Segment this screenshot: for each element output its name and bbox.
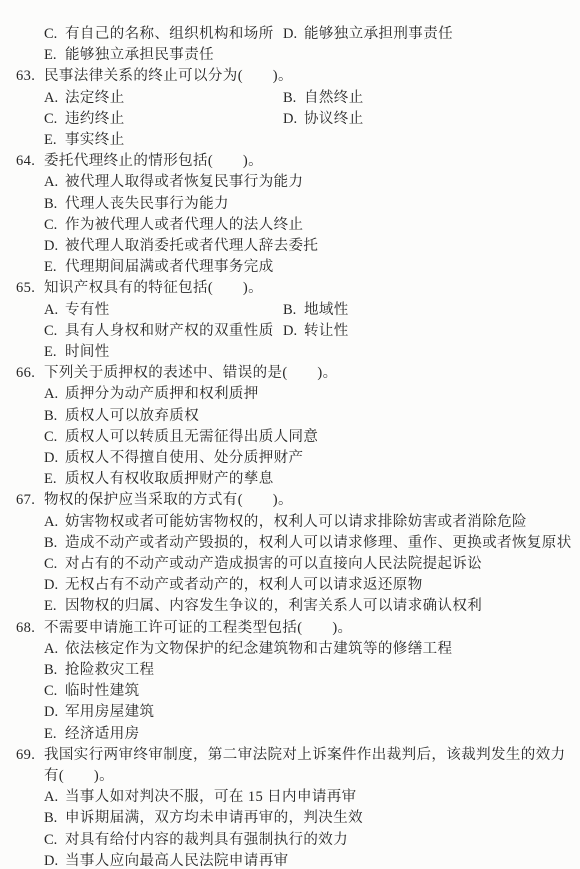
question-number: 68. <box>16 618 35 639</box>
option-row: A.专有性B.地域性 <box>0 300 580 321</box>
option-text: 当事人如对判决不服，可在 15 日内申请再审 <box>65 789 357 805</box>
option-row: E.质权人有权收取质押财产的孳息 <box>0 469 580 490</box>
option-text: 作为被代理人或者代理人的法人终止 <box>65 217 303 233</box>
option-label: B. <box>44 660 65 681</box>
option-label: C. <box>44 830 65 851</box>
option-label: E. <box>44 342 65 363</box>
answer-option: E.事实终止 <box>44 130 125 151</box>
option-text: 质权人可以转质且无需征得出质人同意 <box>65 429 318 445</box>
answer-option: D.质权人不得擅自使用、处分质押财产 <box>44 448 303 469</box>
option-label: E. <box>44 469 65 490</box>
answer-option: E.质权人有权收取质押财产的孳息 <box>44 469 274 490</box>
option-row: A.依法核定作为文物保护的纪念建筑物和古建筑等的修缮工程 <box>0 639 580 660</box>
question-number: 69. <box>16 745 35 766</box>
option-row: D.军用房屋建筑 <box>0 702 580 723</box>
answer-option: E.经济适用房 <box>44 724 140 745</box>
option-label: E. <box>44 130 65 151</box>
option-row: D.无权占有不动产或者动产的，权利人可以请求返还原物 <box>0 575 580 596</box>
answer-option: C.对具有给付内容的裁判具有强制执行的效力 <box>44 830 348 851</box>
question-stem: 我国实行两审终审制度，第二审法院对上诉案件作出裁判后，该裁判发生的效力 <box>44 745 566 766</box>
option-row: C.对占有的不动产或动产造成损害的可以直接向人民法院提起诉讼 <box>0 554 580 575</box>
question-row: 69.我国实行两审终审制度，第二审法院对上诉案件作出裁判后，该裁判发生的效力 <box>0 745 580 766</box>
option-row: D.质权人不得擅自使用、处分质押财产 <box>0 448 580 469</box>
option-label: E. <box>44 45 65 66</box>
option-label: B. <box>44 533 65 554</box>
option-label: A. <box>44 639 65 660</box>
option-label: C. <box>44 554 65 575</box>
question-stem: 民事法律关系的终止可以分为( )。 <box>44 66 293 87</box>
answer-option: B.抢险救灾工程 <box>44 660 154 681</box>
question-stem-continued: 有( )。 <box>44 766 114 787</box>
question-stem: 物权的保护应当采取的方式有( )。 <box>44 490 293 511</box>
answer-option: C.违约终止 <box>44 109 125 130</box>
question-number: 67. <box>16 490 35 511</box>
option-row: B.造成不动产或者动产毁损的，权利人可以请求修理、重作、更换或者恢复原状 <box>0 533 580 554</box>
option-text: 专有性 <box>65 302 110 318</box>
option-row: A.法定终止B.自然终止 <box>0 88 580 109</box>
question-number: 66. <box>16 363 35 384</box>
option-text: 质权人不得擅自使用、处分质押财产 <box>65 450 303 466</box>
option-row: E.事实终止 <box>0 130 580 151</box>
answer-option: C.临时性建筑 <box>44 681 140 702</box>
option-label: D. <box>44 702 65 723</box>
option-label: B. <box>44 808 65 829</box>
answer-option: A.依法核定作为文物保护的纪念建筑物和古建筑等的修缮工程 <box>44 639 452 660</box>
option-label: C. <box>44 681 65 702</box>
option-row: E.因物权的归属、内容发生争议的，利害关系人可以请求确认权利 <box>0 596 580 617</box>
option-label: D. <box>44 448 65 469</box>
option-label: B. <box>44 194 65 215</box>
answer-option: A.专有性 <box>44 300 110 321</box>
option-text: 地域性 <box>304 302 349 318</box>
option-text: 因物权的归属、内容发生争议的，利害关系人可以请求确认权利 <box>65 598 482 614</box>
question-row: 66.下列关于质押权的表述中、错误的是( )。 <box>0 363 580 384</box>
question-continuation-row: 有( )。 <box>0 766 580 787</box>
option-label: C. <box>44 427 65 448</box>
answer-option: B.申诉期届满，双方均未申请再审的，判决生效 <box>44 808 363 829</box>
answer-option: B.质权人可以放弃质权 <box>44 406 199 427</box>
option-text: 法定终止 <box>65 90 125 106</box>
option-text: 对具有给付内容的裁判具有强制执行的效力 <box>65 832 348 848</box>
option-label: B. <box>283 300 304 321</box>
option-label: A. <box>44 300 65 321</box>
option-row: B.代理人丧失民事行为能力 <box>0 194 580 215</box>
option-text: 质权人有权收取质押财产的孳息 <box>65 471 274 487</box>
question-row: 65.知识产权具有的特征包括( )。 <box>0 278 580 299</box>
option-text: 质押分为动产质押和权利质押 <box>65 386 259 402</box>
option-label: A. <box>44 88 65 109</box>
question-stem: 委托代理终止的情形包括( )。 <box>44 151 263 172</box>
option-text: 临时性建筑 <box>65 683 140 699</box>
answer-option: A.法定终止 <box>44 88 125 109</box>
option-row: C.具有人身权和财产权的双重性质D.转让性 <box>0 321 580 342</box>
answer-option: D.被代理人取消委托或者代理人辞去委托 <box>44 236 318 257</box>
answer-option: A.当事人如对判决不服，可在 15 日内申请再审 <box>44 787 357 808</box>
option-row: B.抢险救灾工程 <box>0 660 580 681</box>
option-row: C.违约终止D.协议终止 <box>0 109 580 130</box>
answer-option: A.被代理人取得或者恢复民事行为能力 <box>44 172 303 193</box>
option-row: A.妨害物权或者可能妨害物权的，权利人可以请求排除妨害或者消除危险 <box>0 512 580 533</box>
option-row: C.有自己的名称、组织机构和场所D.能够独立承担刑事责任 <box>0 24 580 45</box>
option-row: C.对具有给付内容的裁判具有强制执行的效力 <box>0 830 580 851</box>
answer-option: C.具有人身权和财产权的双重性质 <box>44 321 274 342</box>
option-text: 违约终止 <box>65 111 125 127</box>
option-row: C.质权人可以转质且无需征得出质人同意 <box>0 427 580 448</box>
answer-option: E.因物权的归属、内容发生争议的，利害关系人可以请求确认权利 <box>44 596 482 617</box>
answer-option: E.能够独立承担民事责任 <box>44 45 214 66</box>
option-text: 无权占有不动产或者动产的，权利人可以请求返还原物 <box>65 577 423 593</box>
option-text: 事实终止 <box>65 132 125 148</box>
answer-option: A.妨害物权或者可能妨害物权的，权利人可以请求排除妨害或者消除危险 <box>44 512 527 533</box>
option-text: 妨害物权或者可能妨害物权的，权利人可以请求排除妨害或者消除危险 <box>65 514 527 530</box>
answer-option: C.作为被代理人或者代理人的法人终止 <box>44 215 303 236</box>
answer-option: E.时间性 <box>44 342 110 363</box>
option-label: C. <box>44 109 65 130</box>
answer-option: D.当事人应向最高人民法院申请再审 <box>44 851 289 869</box>
option-text: 自然终止 <box>304 90 364 106</box>
answer-option: A.质押分为动产质押和权利质押 <box>44 384 259 405</box>
answer-option: E.代理期间届满或者代理事务完成 <box>44 257 274 278</box>
answer-option: B.代理人丧失民事行为能力 <box>44 194 229 215</box>
option-row: B.申诉期届满，双方均未申请再审的，判决生效 <box>0 808 580 829</box>
answer-option: D.军用房屋建筑 <box>44 702 154 723</box>
question-stem: 知识产权具有的特征包括( )。 <box>44 278 263 299</box>
option-text: 协议终止 <box>304 111 364 127</box>
option-text: 经济适用房 <box>65 726 140 742</box>
option-text: 代理期间届满或者代理事务完成 <box>65 259 274 275</box>
option-text: 时间性 <box>65 344 110 360</box>
answer-option: B.自然终止 <box>283 88 364 109</box>
option-text: 对占有的不动产或动产造成损害的可以直接向人民法院提起诉讼 <box>65 556 482 572</box>
option-label: E. <box>44 724 65 745</box>
option-text: 具有人身权和财产权的双重性质 <box>65 323 274 339</box>
option-label: E. <box>44 257 65 278</box>
option-text: 造成不动产或者动产毁损的，权利人可以请求修理、重作、更换或者恢复原状 <box>65 535 572 551</box>
option-label: C. <box>44 321 65 342</box>
option-label: D. <box>283 24 304 45</box>
option-label: A. <box>44 172 65 193</box>
option-label: B. <box>44 406 65 427</box>
option-text: 当事人应向最高人民法院申请再审 <box>65 853 289 869</box>
question-row: 67.物权的保护应当采取的方式有( )。 <box>0 490 580 511</box>
question-row: 63.民事法律关系的终止可以分为( )。 <box>0 66 580 87</box>
option-row: C.作为被代理人或者代理人的法人终止 <box>0 215 580 236</box>
option-text: 抢险救灾工程 <box>65 662 154 678</box>
answer-option: C.质权人可以转质且无需征得出质人同意 <box>44 427 318 448</box>
option-label: A. <box>44 512 65 533</box>
answer-option: B.地域性 <box>283 300 349 321</box>
answer-option: B.造成不动产或者动产毁损的，权利人可以请求修理、重作、更换或者恢复原状 <box>44 533 572 554</box>
answer-option: D.转让性 <box>283 321 349 342</box>
option-text: 被代理人取得或者恢复民事行为能力 <box>65 174 303 190</box>
option-row: E.代理期间届满或者代理事务完成 <box>0 257 580 278</box>
option-text: 被代理人取消委托或者代理人辞去委托 <box>65 238 318 254</box>
option-row: E.经济适用房 <box>0 724 580 745</box>
option-row: A.质押分为动产质押和权利质押 <box>0 384 580 405</box>
question-row: 64.委托代理终止的情形包括( )。 <box>0 151 580 172</box>
option-row: B.质权人可以放弃质权 <box>0 406 580 427</box>
option-label: C. <box>44 24 65 45</box>
option-row: D.当事人应向最高人民法院申请再审 <box>0 851 580 869</box>
option-text: 申诉期届满，双方均未申请再审的，判决生效 <box>65 810 363 826</box>
option-label: A. <box>44 384 65 405</box>
option-label: C. <box>44 215 65 236</box>
answer-option: D.协议终止 <box>283 109 364 130</box>
exam-page: C.有自己的名称、组织机构和场所D.能够独立承担刑事责任E.能够独立承担民事责任… <box>0 0 580 869</box>
question-stem: 不需要申请施工许可证的工程类型包括( )。 <box>44 618 352 639</box>
question-stem: 下列关于质押权的表述中、错误的是( )。 <box>44 363 338 384</box>
option-text: 代理人丧失民事行为能力 <box>65 196 229 212</box>
option-label: D. <box>44 236 65 257</box>
answer-option: C.有自己的名称、组织机构和场所 <box>44 24 274 45</box>
option-text: 依法核定作为文物保护的纪念建筑物和古建筑等的修缮工程 <box>65 641 452 657</box>
option-label: B. <box>283 88 304 109</box>
option-row: D.被代理人取消委托或者代理人辞去委托 <box>0 236 580 257</box>
question-number: 64. <box>16 151 35 172</box>
option-text: 军用房屋建筑 <box>65 704 154 720</box>
option-row: A.被代理人取得或者恢复民事行为能力 <box>0 172 580 193</box>
option-label: D. <box>283 321 304 342</box>
question-number: 65. <box>16 278 35 299</box>
answer-option: D.无权占有不动产或者动产的，权利人可以请求返还原物 <box>44 575 423 596</box>
option-label: D. <box>283 109 304 130</box>
option-label: E. <box>44 596 65 617</box>
option-text: 能够独立承担刑事责任 <box>304 26 453 42</box>
option-text: 能够独立承担民事责任 <box>65 47 214 63</box>
option-row: A.当事人如对判决不服，可在 15 日内申请再审 <box>0 787 580 808</box>
option-text: 转让性 <box>304 323 349 339</box>
answer-option: D.能够独立承担刑事责任 <box>283 24 453 45</box>
question-row: 68.不需要申请施工许可证的工程类型包括( )。 <box>0 618 580 639</box>
answer-option: C.对占有的不动产或动产造成损害的可以直接向人民法院提起诉讼 <box>44 554 482 575</box>
option-row: E.时间性 <box>0 342 580 363</box>
option-label: A. <box>44 787 65 808</box>
option-text: 质权人可以放弃质权 <box>65 408 199 424</box>
option-row: C.临时性建筑 <box>0 681 580 702</box>
question-number: 63. <box>16 66 35 87</box>
option-text: 有自己的名称、组织机构和场所 <box>65 26 274 42</box>
option-label: D. <box>44 575 65 596</box>
option-label: D. <box>44 851 65 869</box>
option-row: E.能够独立承担民事责任 <box>0 45 580 66</box>
